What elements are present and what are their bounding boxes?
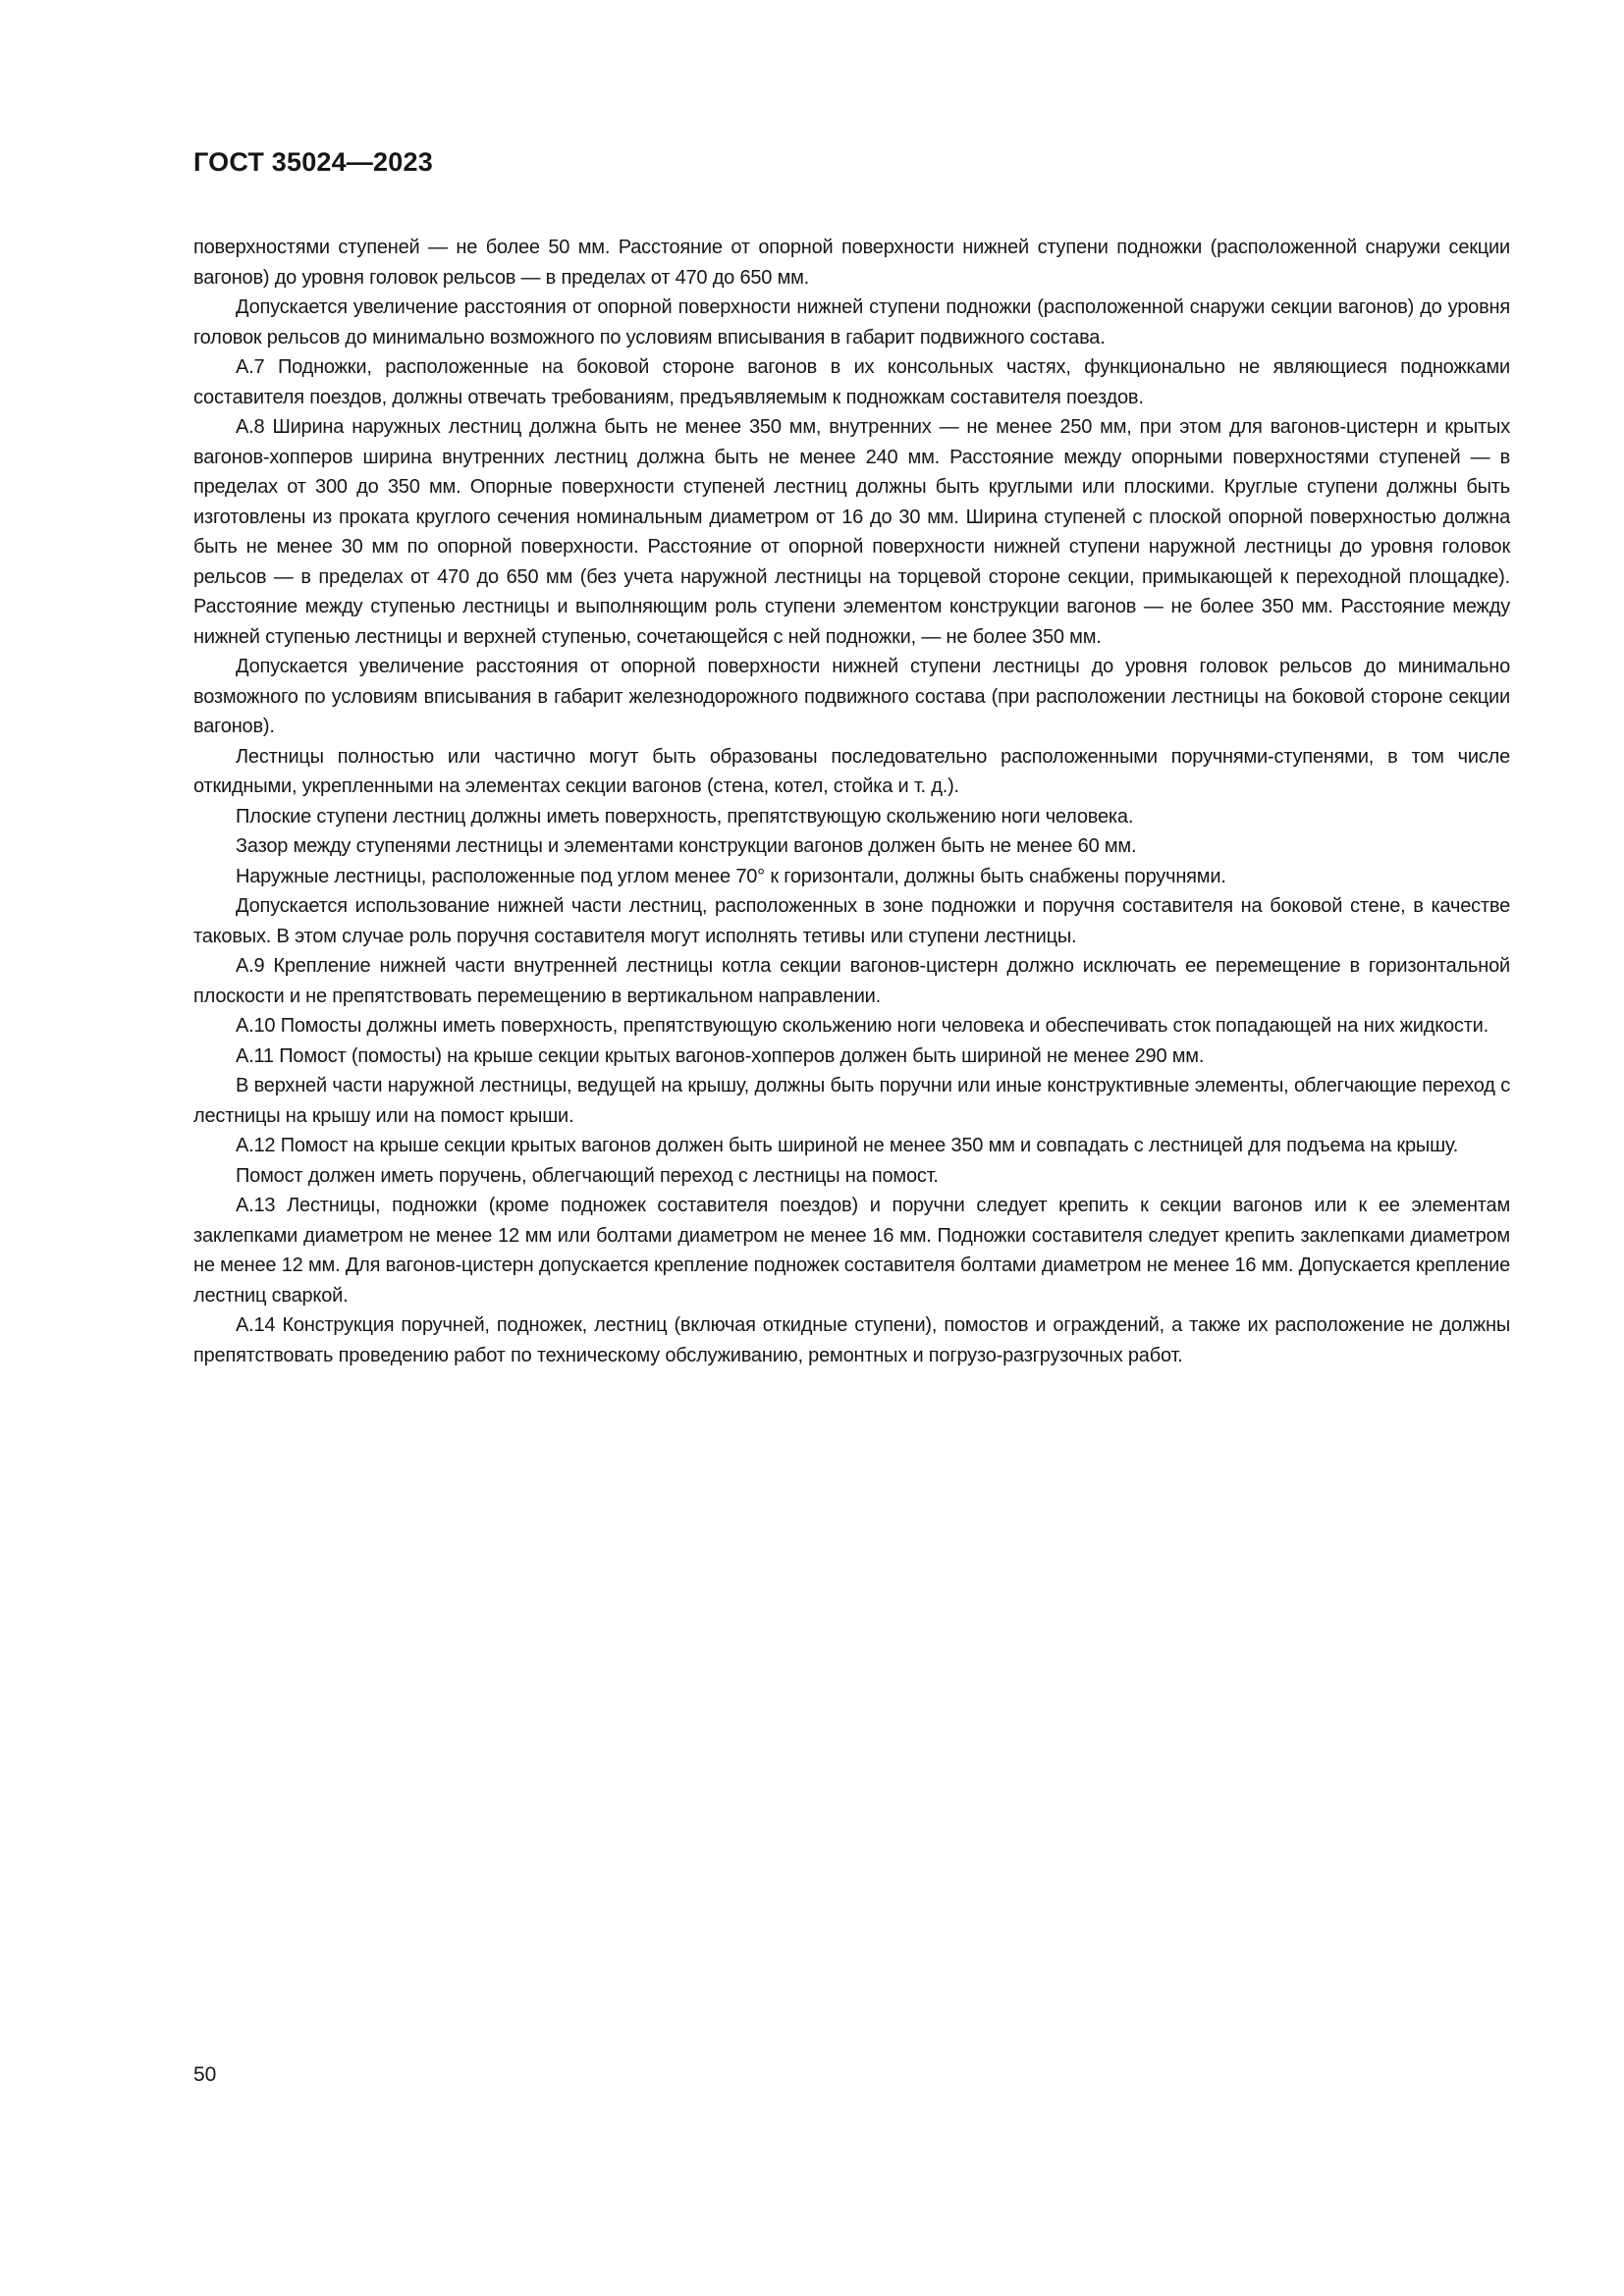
paragraph: Допускается увеличение расстояния от опо…: [193, 293, 1510, 352]
paragraph: Помост должен иметь поручень, облегчающи…: [193, 1161, 1510, 1192]
paragraph: Зазор между ступенями лестницы и элемент…: [193, 831, 1510, 862]
paragraph: А.12 Помост на крыше секции крытых вагон…: [193, 1131, 1510, 1161]
paragraph: Допускается использование нижней части л…: [193, 891, 1510, 951]
paragraph: А.7 Подножки, расположенные на боковой с…: [193, 352, 1510, 412]
standard-code-header: ГОСТ 35024—2023: [193, 147, 433, 178]
page-number: 50: [193, 2063, 216, 2087]
document-page: ГОСТ 35024—2023 поверхностями ступеней —…: [0, 0, 1624, 2296]
paragraph: поверхностями ступеней — не более 50 мм.…: [193, 233, 1510, 293]
paragraph: В верхней части наружной лестницы, ведущ…: [193, 1071, 1510, 1131]
paragraph: А.9 Крепление нижней части внутренней ле…: [193, 951, 1510, 1011]
paragraph: А.8 Ширина наружных лестниц должна быть …: [193, 412, 1510, 652]
paragraph: Плоские ступени лестниц должны иметь пов…: [193, 802, 1510, 832]
paragraph: Допускается увеличение расстояния от опо…: [193, 652, 1510, 742]
document-body: поверхностями ступеней — не более 50 мм.…: [193, 233, 1510, 1370]
paragraph: Наружные лестницы, расположенные под угл…: [193, 862, 1510, 892]
paragraph: А.13 Лестницы, подножки (кроме подножек …: [193, 1191, 1510, 1310]
paragraph: А.11 Помост (помосты) на крыше секции кр…: [193, 1041, 1510, 1072]
paragraph: Лестницы полностью или частично могут бы…: [193, 742, 1510, 802]
paragraph: А.10 Помосты должны иметь поверхность, п…: [193, 1011, 1510, 1041]
paragraph: А.14 Конструкция поручней, подножек, лес…: [193, 1310, 1510, 1370]
